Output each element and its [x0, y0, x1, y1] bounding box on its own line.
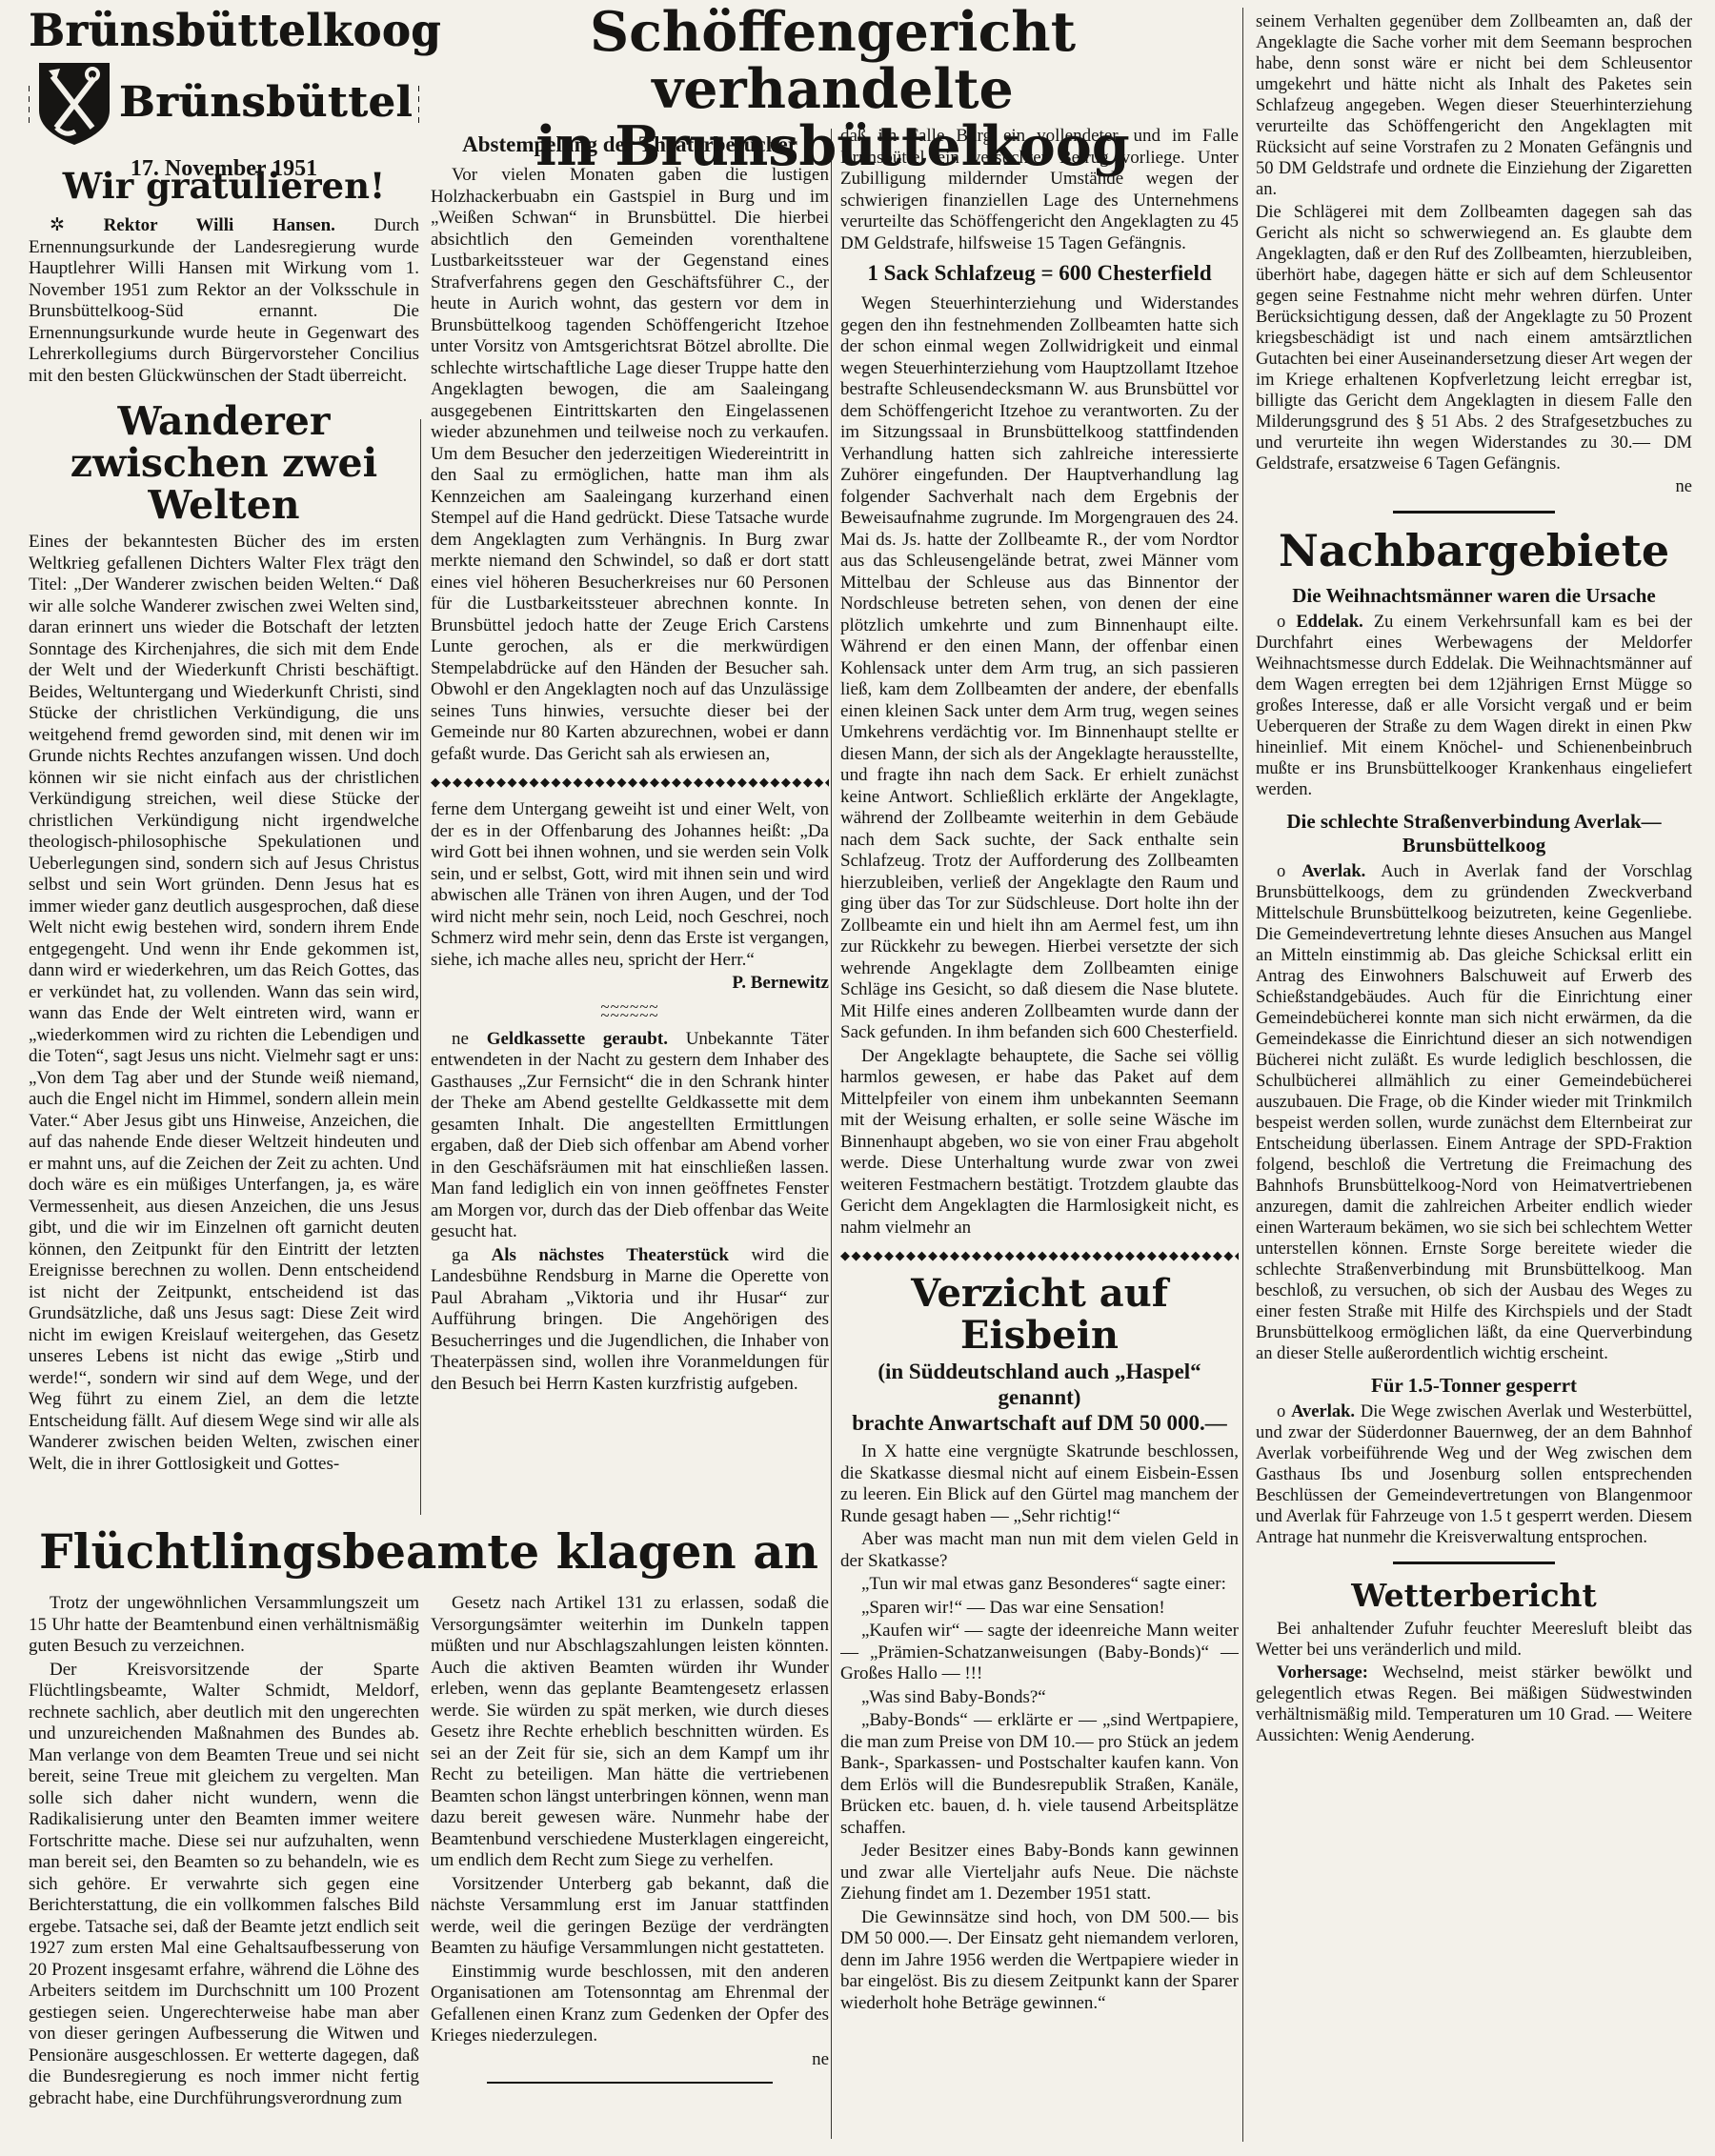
article-body: Eines der bekanntesten Bücher des im ers… [29, 532, 419, 1475]
court-article-part2b: Wegen Steuerhinterziehung und Widerstand… [840, 293, 1239, 1239]
main-headline-line1: Schöffengericht verhandelte [429, 4, 1237, 118]
article-title-line1: Wanderer [29, 400, 419, 442]
article-title-line2: zwischen zwei Welten [29, 442, 419, 526]
section-title-wetterbericht: Wetterbericht [1256, 1578, 1692, 1613]
subheadline-abstempelung: Abstempelung der Theaterbesucher [431, 131, 829, 157]
masthead-title-line2: Brünsbüttel [119, 81, 413, 125]
court-article-part1: Vor vielen Monaten gaben die lustigen Ho… [431, 165, 829, 765]
column-divider [831, 129, 832, 2139]
news-heading: Für 1.5-Tonner gesperrt [1256, 1374, 1692, 1398]
section-rule [1393, 511, 1555, 514]
column-divider [420, 419, 421, 1515]
end-rule [487, 2082, 773, 2084]
masthead-title-line1: Brünsbüttelkoog [29, 8, 395, 55]
eisbein-subtitle-line1: (in Süddeutschland auch „Haspel“ genannt… [840, 1359, 1239, 1410]
news-heading: Die Weihnachtsmänner waren die Ursache [1256, 584, 1692, 608]
column-divider [1242, 8, 1243, 2142]
diamond-separator: ◆◆◆◆◆◆◆◆◆◆◆◆◆◆◆◆◆◆◆◆◆◆◆◆◆◆◆◆◆◆◆◆◆◆◆◆◆◆◆◆… [840, 1248, 1239, 1263]
news-heading: Die schlechte Straßenverbindung Averlak—… [1256, 810, 1692, 857]
article-wanderer: Wanderer zwischen zwei Welten Eines der … [29, 400, 419, 1517]
court-article-part2: daß im Falle Burg ein vollendeter, und i… [840, 126, 1239, 254]
column-2: Abstempelung der Theaterbesucher Vor vie… [431, 126, 829, 1519]
court-article-end: seinem Verhalten gegenüber dem Zollbeamt… [1256, 11, 1692, 497]
news-body: o Averlak. Auch in Averlak fand der Vors… [1256, 861, 1692, 1364]
newspaper-page: Brünsbüttelkoog Brünsbüttel 17. November… [0, 0, 1715, 2156]
section-title-nachbargebiete: Nachbargebiete [1256, 527, 1692, 574]
squiggle-separator: ~~~~~~ ~~~~~~ [431, 1002, 829, 1019]
fluechtlinge-col1: Trotz der ungewöhnlichen Versammlungszei… [29, 1593, 419, 2155]
eisbein-body: In X hatte eine vergnügte Skatrunde besc… [840, 1441, 1239, 2014]
article-body: ✲ Rektor Willi Hansen. Durch Ernennungsu… [29, 215, 419, 387]
eisbein-subtitle-line2: brachte Anwartschaft auf DM 50 000.— [840, 1410, 1239, 1436]
section-rule [1393, 1562, 1555, 1564]
column-4: seinem Verhalten gegenüber dem Zollbeamt… [1256, 11, 1692, 2153]
ribbon-icon [418, 83, 419, 123]
anchor-shovel-crest-icon [35, 59, 113, 147]
article-body: Trotz der ungewöhnlichen Versammlungszei… [29, 1593, 419, 2109]
fluechtlinge-col2: Gesetz nach Artikel 131 zu erlassen, sod… [431, 1593, 829, 2155]
subheadline-schlafzeug: 1 Sack Schlafzeug = 600 Chesterfield [840, 260, 1239, 286]
column-3: daß im Falle Burg ein vollendeter, und i… [840, 126, 1239, 2153]
headline-fluechtlingsbeamte: Flüchtlingsbeamte klagen an [29, 1526, 829, 1578]
ribbon-icon [29, 83, 30, 123]
local-news: ne Geldkassette geraubt. Unbekannte Täte… [431, 1029, 829, 1396]
article-title: Wir gratulieren! [29, 166, 419, 206]
diamond-separator: ◆◆◆◆◆◆◆◆◆◆◆◆◆◆◆◆◆◆◆◆◆◆◆◆◆◆◆◆◆◆◆◆◆◆◆◆◆◆◆◆… [431, 775, 829, 790]
masthead: Brünsbüttelkoog Brünsbüttel 17. November… [29, 8, 419, 182]
headline-eisbein: Verzicht auf Eisbein [840, 1273, 1239, 1357]
news-body: o Eddelak. Zu einem Verkehrsunfall kam e… [1256, 612, 1692, 800]
weather-body: Bei anhaltender Zufuhr feuchter Meereslu… [1256, 1619, 1692, 1746]
article-wir-gratulieren: Wir gratulieren! ✲ Rektor Willi Hansen. … [29, 166, 419, 398]
wanderer-continuation: ferne dem Untergang geweiht ist und eine… [431, 799, 829, 995]
news-body: o Averlak. Die Wege zwischen Averlak und… [1256, 1401, 1692, 1548]
article-body: Gesetz nach Artikel 131 zu erlassen, sod… [431, 1593, 829, 2070]
